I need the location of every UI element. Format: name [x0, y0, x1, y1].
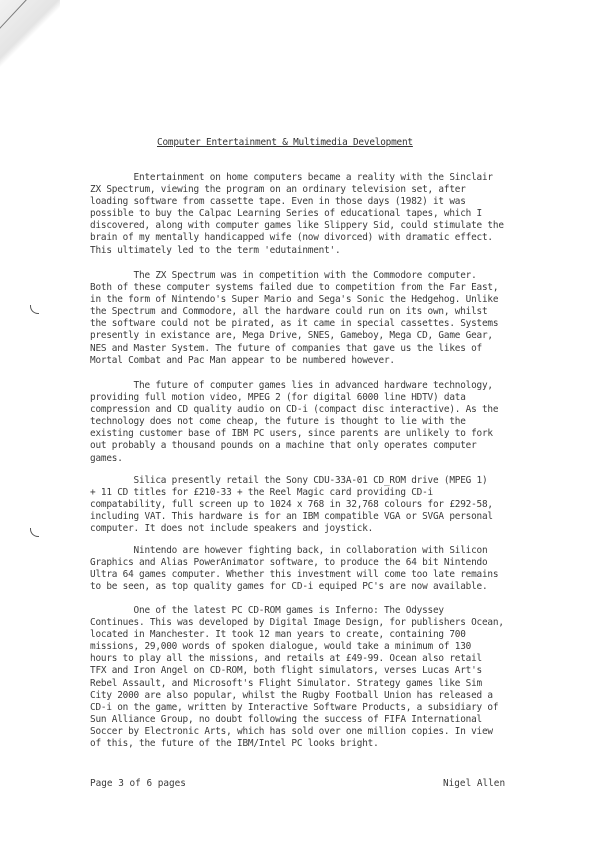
page-number: Page 3 of 6 pages — [90, 778, 186, 789]
paragraph-3: The future of computer games lies in adv… — [90, 380, 510, 465]
paragraph-1: Entertainment on home computers became a… — [90, 172, 510, 257]
author-name: Nigel Allen — [443, 778, 505, 789]
paragraph-4: Silica presently retail the Sony CDU-33A… — [90, 475, 510, 535]
paragraph-2: The ZX Spectrum was in competition with … — [90, 270, 510, 367]
paragraph-6: One of the latest PC CD-ROM games is Inf… — [90, 605, 510, 750]
paragraph-5: Nintendo are however fighting back, in c… — [90, 545, 510, 593]
punch-hole-mark — [30, 528, 39, 537]
document-title: Computer Entertainment & Multimedia Deve… — [157, 137, 413, 148]
punch-hole-mark — [30, 305, 39, 314]
folded-page-corner — [0, 0, 60, 70]
